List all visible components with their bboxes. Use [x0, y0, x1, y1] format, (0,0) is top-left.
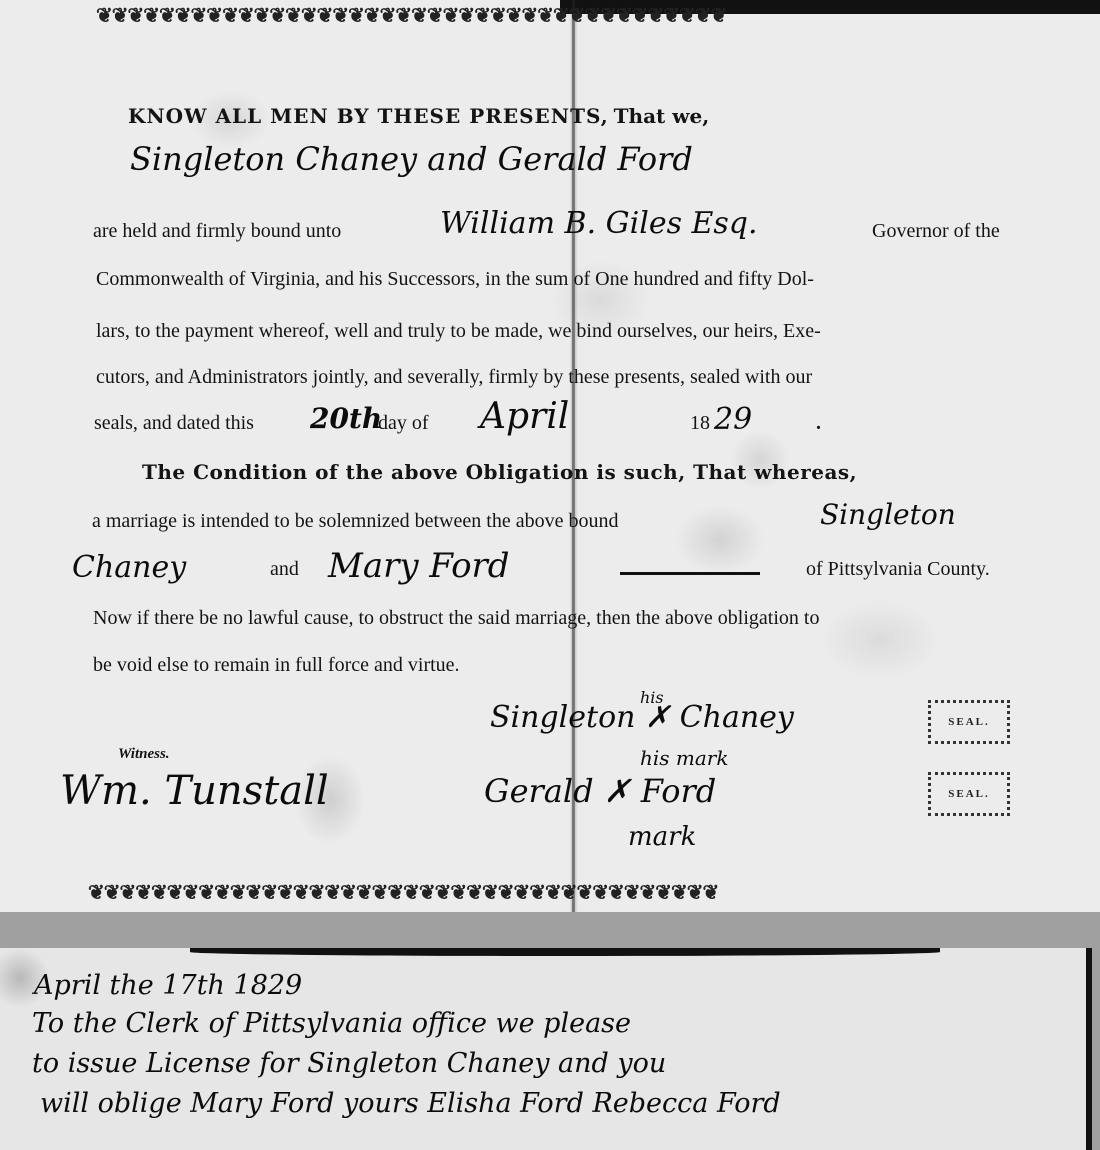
day-of-text: day of	[378, 412, 429, 435]
line-dollars: lars, to the payment whereof, well and t…	[96, 320, 821, 343]
seal-2: SEAL.	[928, 772, 1010, 816]
bride-underline	[620, 572, 760, 575]
handwritten-day: 20th	[310, 402, 382, 435]
governor-of-text: Governor of the	[872, 220, 1000, 243]
handwritten-month: April	[480, 396, 569, 437]
signature-singleton-chaney: Singleton ✗ Chaney	[490, 700, 794, 735]
pittsylvania-text: of Pittsylvania County.	[806, 558, 990, 581]
note-right-edge	[1086, 948, 1092, 1150]
line-commonwealth: Commonwealth of Virginia, and his Succes…	[96, 268, 814, 291]
held-bound-text: are held and firmly bound unto	[93, 220, 341, 242]
handwritten-year: 29	[714, 402, 752, 437]
note-line-clerk: To the Clerk of Pittsylvania office we p…	[32, 1008, 631, 1039]
handwritten-obligors: Singleton Chaney and Gerald Ford	[130, 140, 693, 178]
handwritten-governor: William B. Giles Esq.	[440, 206, 758, 241]
signature-gerald-ford: Gerald ✗ Ford	[484, 772, 716, 810]
bond-document: ❦❦❦❦❦❦❦❦❦❦❦❦❦❦❦❦❦❦❦❦❦❦❦❦❦❦❦❦❦❦❦❦❦❦❦❦❦❦❦❦…	[0, 0, 1100, 912]
line-dated: seals, and dated this	[94, 412, 254, 435]
dated-text: seals, and dated this	[94, 412, 254, 434]
line-held-bound: are held and firmly bound unto	[93, 220, 341, 243]
signature2-mark: mark	[628, 822, 696, 852]
and-text: and	[270, 558, 299, 581]
heading-line: KNOW ALL MEN BY THESE PRESENTS, That we,	[128, 104, 709, 129]
heading-tail: That we,	[614, 104, 710, 128]
witness-signature: Wm. Tunstall	[60, 768, 329, 814]
permission-note: April the 17th 1829 To the Clerk of Pitt…	[0, 948, 1092, 1150]
separator-band	[0, 912, 1100, 948]
handwritten-bride: Mary Ford	[328, 546, 510, 586]
bottom-ornamental-border: ❦❦❦❦❦❦❦❦❦❦❦❦❦❦❦❦❦❦❦❦❦❦❦❦❦❦❦❦❦❦❦❦❦❦❦❦❦❦❦❦	[88, 880, 998, 904]
period: .	[816, 412, 821, 435]
note-line-license: to issue License for Singleton Chaney an…	[32, 1048, 666, 1079]
note-top-shadow	[190, 948, 940, 956]
line-executors: cutors, and Administrators jointly, and …	[96, 366, 812, 389]
handwritten-groom-last: Chaney	[72, 550, 186, 585]
line-lawful-cause: Now if there be no lawful cause, to obst…	[93, 607, 819, 630]
line-marriage-intended: a marriage is intended to be solemnized …	[92, 510, 618, 533]
signature2-his-mark: his mark	[640, 746, 728, 770]
handwritten-groom-first: Singleton	[820, 498, 956, 531]
note-line-signers: will oblige Mary Ford yours Elisha Ford …	[40, 1088, 781, 1119]
heading: KNOW ALL MEN BY THESE PRESENTS,	[128, 104, 609, 128]
year-prefix: 18	[690, 412, 710, 435]
top-ornamental-border: ❦❦❦❦❦❦❦❦❦❦❦❦❦❦❦❦❦❦❦❦❦❦❦❦❦❦❦❦❦❦❦❦❦❦❦❦❦❦❦❦	[96, 3, 1011, 27]
witness-label: Witness.	[118, 746, 170, 763]
note-date: April the 17th 1829	[34, 970, 302, 1001]
line-void: be void else to remain in full force and…	[93, 654, 460, 677]
seal-1: SEAL.	[928, 700, 1010, 744]
condition-line: The Condition of the above Obligation is…	[142, 460, 857, 484]
